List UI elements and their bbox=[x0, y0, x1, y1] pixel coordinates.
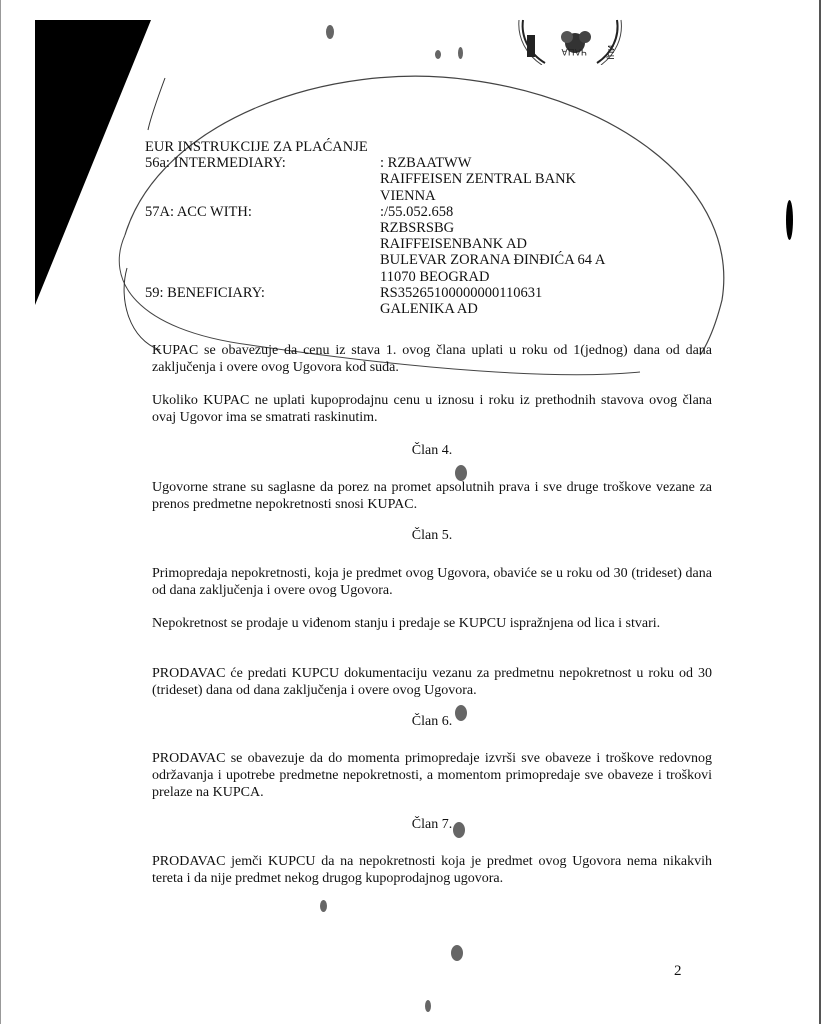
intermediary-values: : RZBAATWW RAIFFEISEN ZENTRAL BANK VIENN… bbox=[380, 155, 576, 204]
scan-speck bbox=[425, 1000, 431, 1012]
official-seal-stamp-icon: ЧАЦА ИЦЈ bbox=[515, 15, 625, 65]
acc-with-address: BULEVAR ZORANA ĐINĐIĆA 64 A bbox=[380, 252, 605, 268]
paragraph-condition: Nepokretnost se prodaje u viđenom stanju… bbox=[152, 615, 712, 632]
intermediary-label: 56a: INTERMEDIARY: bbox=[145, 155, 380, 204]
paragraph-documentation: PRODAVAC će predati KUPCU dokumentaciju … bbox=[152, 665, 712, 699]
scan-speck bbox=[326, 25, 334, 39]
svg-text:ИЦЈ: ИЦЈ bbox=[606, 45, 615, 60]
beneficiary-label: 59: BENEFICIARY: bbox=[145, 285, 380, 317]
paragraph-payment-deadline: KUPAC se obavezuje da cenu iz stava 1. o… bbox=[152, 342, 712, 376]
acc-with-bank-name: RAIFFEISENBANK AD bbox=[380, 236, 605, 252]
paragraph-handover: Primopredaja nepokretnosti, koja je pred… bbox=[152, 565, 712, 599]
article-4-heading: Član 4. bbox=[152, 443, 712, 459]
article-5-heading: Član 5. bbox=[152, 528, 712, 544]
beneficiary-iban: RS35265100000000110631 bbox=[380, 285, 542, 301]
intermediary-city: VIENNA bbox=[380, 188, 576, 204]
acc-with-label: 57A: ACC WITH: bbox=[145, 204, 380, 285]
paragraph-maintenance: PRODAVAC se obavezuje da do momenta prim… bbox=[152, 750, 712, 801]
acc-with-row: 57A: ACC WITH: :/55.052.658 RZBSRSBG RAI… bbox=[145, 204, 605, 285]
intermediary-row: 56a: INTERMEDIARY: : RZBAATWW RAIFFEISEN… bbox=[145, 155, 605, 204]
scan-speck bbox=[458, 47, 463, 59]
scan-artifact-mark bbox=[786, 200, 793, 240]
acc-with-values: :/55.052.658 RZBSRSBG RAIFFEISENBANK AD … bbox=[380, 204, 605, 285]
scan-speck bbox=[320, 900, 327, 912]
paragraph-warranty: PRODAVAC jemči KUPCU da na nepokretnosti… bbox=[152, 853, 712, 887]
article-6-heading: Član 6. bbox=[152, 714, 712, 730]
acc-with-account: :/55.052.658 bbox=[380, 204, 605, 220]
beneficiary-name: GALENIKA AD bbox=[380, 301, 542, 317]
acc-with-swift: RZBSRSBG bbox=[380, 220, 605, 236]
paragraph-termination: Ukoliko KUPAC ne uplati kupoprodajnu cen… bbox=[152, 392, 712, 426]
intermediary-bank-name: RAIFFEISEN ZENTRAL BANK bbox=[380, 171, 576, 187]
beneficiary-values: RS35265100000000110631 GALENIKA AD bbox=[380, 285, 542, 317]
payment-instructions: EUR INSTRUKCIJE ZA PLAĆANJE 56a: INTERME… bbox=[145, 139, 605, 317]
scan-speck bbox=[451, 945, 463, 961]
acc-with-city: 11070 BEOGRAD bbox=[380, 269, 605, 285]
intermediary-swift: : RZBAATWW bbox=[380, 155, 576, 171]
payment-instructions-title: EUR INSTRUKCIJE ZA PLAĆANJE bbox=[145, 139, 605, 155]
svg-text:ЧАЦА: ЧАЦА bbox=[561, 46, 587, 56]
beneficiary-row: 59: BENEFICIARY: RS35265100000000110631 … bbox=[145, 285, 605, 317]
paragraph-taxes: Ugovorne strane su saglasne da porez na … bbox=[152, 479, 712, 513]
page-number: 2 bbox=[674, 963, 682, 980]
article-7-heading: Član 7. bbox=[152, 817, 712, 833]
scan-speck bbox=[435, 50, 441, 59]
